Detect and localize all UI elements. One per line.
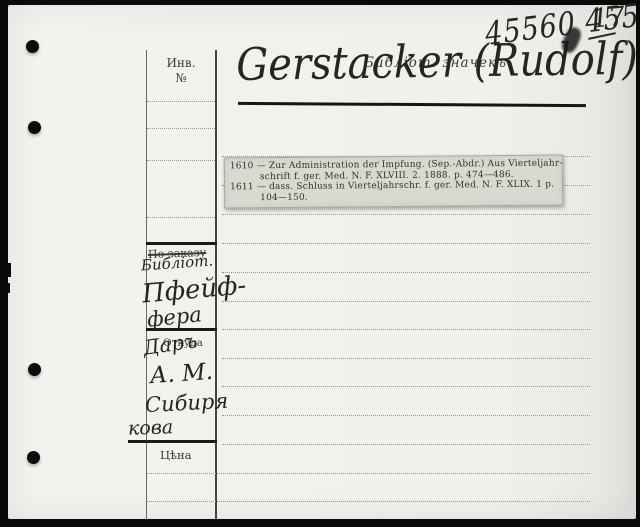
rule-line: [147, 160, 215, 161]
provenance-handwriting: Библіот.: [141, 253, 214, 273]
punch-hole: [26, 40, 39, 53]
inventory-label-line2: №: [147, 72, 215, 85]
inventory-label-line1: Инв.: [147, 57, 215, 70]
origin-handwriting: Сибиря: [145, 391, 229, 416]
card-paper: Инв. № По заказу Откуда Цѣна Библіот. Пф…: [8, 5, 636, 519]
origin-handwriting: А. М.: [149, 361, 213, 388]
scan-edge-nick: [0, 263, 11, 277]
punch-hole: [28, 363, 41, 376]
pasted-entry-slip: 1610 — Zur Administration der Impfung. (…: [224, 155, 563, 209]
section-divider: [128, 440, 217, 443]
catalog-card-scan: Инв. № По заказу Откуда Цѣна Библіот. Пф…: [0, 0, 640, 527]
punch-hole: [28, 121, 41, 134]
rule-line: [222, 243, 590, 244]
origin-handwriting: кова: [128, 418, 174, 439]
section-divider: [146, 242, 217, 245]
rule-line: [222, 214, 590, 215]
rule-line: [222, 358, 590, 359]
card-title-handwriting: Gerstacker (Rudolf).: [236, 37, 640, 88]
rule-line: [147, 501, 590, 502]
corner-number-handwriting: 17: [591, 3, 627, 32]
rule-line: [147, 128, 215, 129]
origin-handwriting: Даръ: [142, 330, 199, 357]
rule-line: [147, 217, 215, 218]
rule-line: [222, 272, 590, 273]
slip-entry-line: 104—150.: [230, 190, 558, 203]
rule-line: [222, 415, 590, 416]
price-label: Цѣна: [160, 449, 192, 461]
rule-line: [147, 473, 590, 474]
provenance-handwriting: фера: [146, 304, 203, 331]
rule-line: [147, 101, 215, 102]
punch-hole: [27, 451, 40, 464]
rule-line: [222, 301, 590, 302]
title-underline: [238, 102, 586, 107]
scan-edge-nick: [0, 283, 10, 293]
rule-line: [222, 444, 590, 445]
rule-line: [222, 329, 590, 330]
rule-line: [222, 386, 590, 387]
